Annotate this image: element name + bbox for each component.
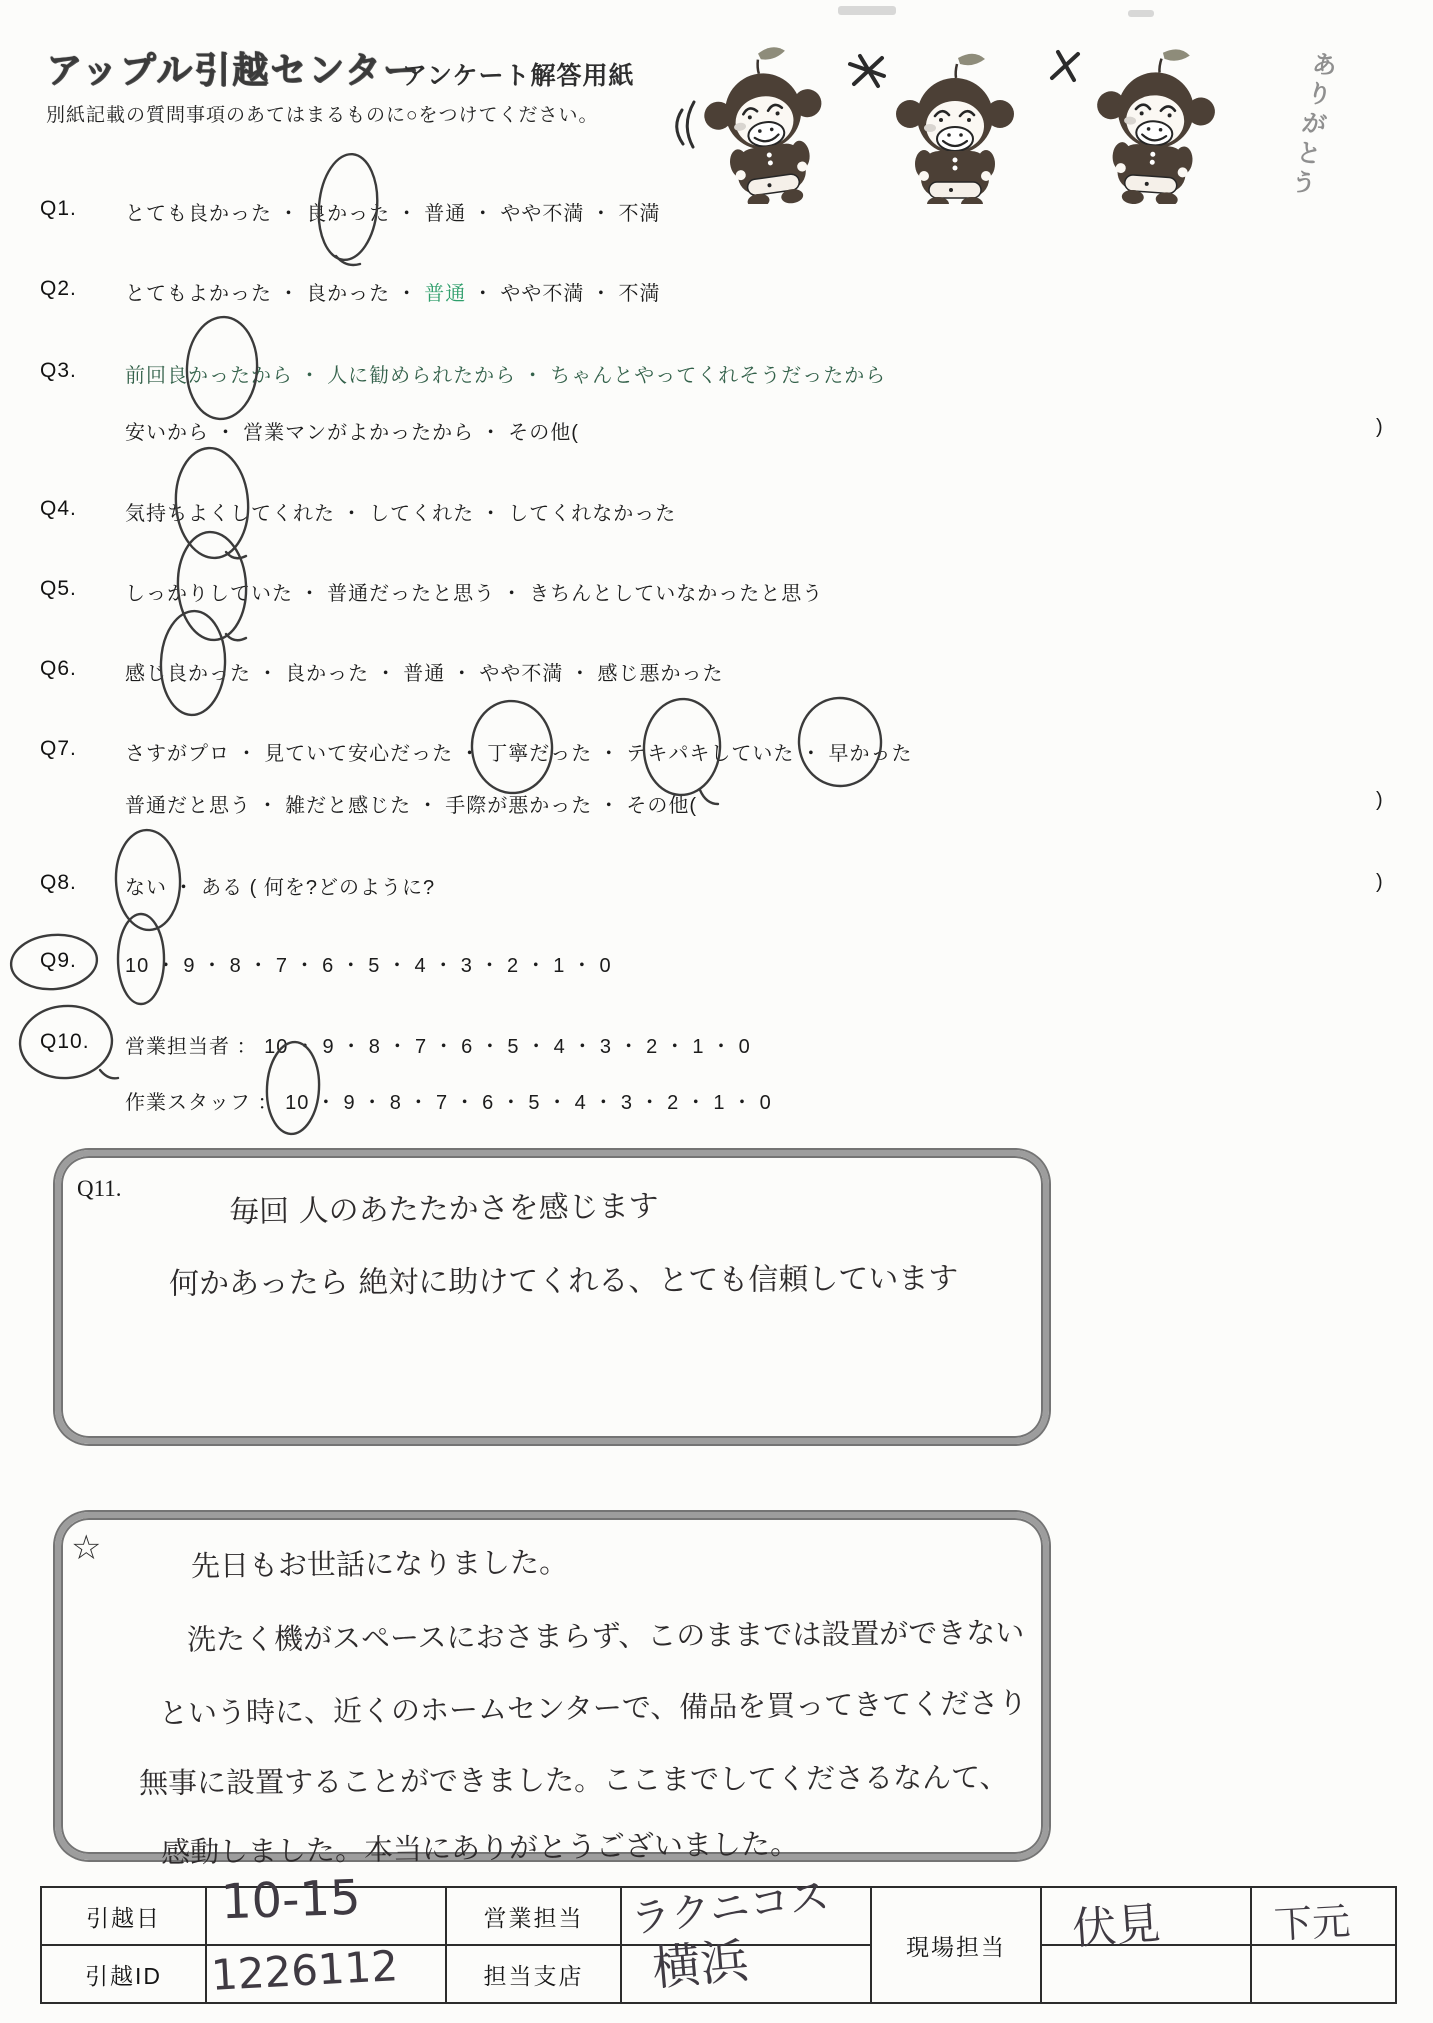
q4-options: 気持ちよくしてくれた ・ してくれた ・ してくれなかった [125,497,676,526]
move-id-handwriting: 1226112 [210,1941,399,2000]
q11-handwriting-line1: 毎回 人のあたたかさを感じます [229,1181,659,1231]
sparkle-marks [850,56,884,86]
q11-box-label: Q11. [77,1176,122,1202]
q7-close-paren: ) [1376,789,1383,812]
scan-artifact [838,6,896,15]
survey-sheet: アップル引越センター アンケート解答用紙 別紙記載の質問事項のあてはまるものに○… [0,0,1433,2023]
q7-label: Q7. [40,737,77,761]
sales-rep-label: 営業担当 [446,1887,621,1945]
star-mark: ☆ [71,1528,101,1568]
move-date-cell: 10-15 [206,1887,446,1945]
star-handwriting-line5: 感動しました。本当にありがとうございました。 [161,1822,800,1872]
motion-lines [677,110,683,144]
star-handwriting-line3: という時に、近くのホームセンターで、備品を買ってきてくださり [159,1681,1028,1733]
move-info-table: 引越日 10-15 営業担当 ラクニコス 現場担当 伏見 下元 引越ID 122… [40,1886,1397,2004]
q6-options: 感じ良かった ・ 良かった ・ 普通 ・ やや不満 ・ 感じ悪かった [125,657,723,686]
q8-options: ない ・ ある ( 何を?どのように? [125,871,435,900]
q11-handwriting-line2: 何かあったら 絶対に助けてくれる、とても信頼しています [169,1253,959,1303]
thanks-vertical-text: ありがとう [1281,48,1343,202]
q2-options: とてもよかった ・ 良かった ・ 普通 ・ やや不満 ・ 不満 [125,277,660,306]
star-handwriting-line2: 洗たく機がスペースにおさまらず、このままでは設置ができない [187,1610,1025,1658]
move-id-label: 引越ID [41,1945,206,2003]
star-handwriting-line4: 無事に設置することができました。ここまでしてくださるなんて、 [139,1755,1009,1802]
branch-label: 担当支店 [446,1945,621,2003]
q2-options-post: ・ やや不満 ・ 不満 [466,283,660,305]
q1-options: とても良かった ・ 良かった ・ 普通 ・ やや不満 ・ 不満 [125,197,660,226]
q3-options-line2: 安いから ・ 営業マンがよかったから ・ その他( [125,416,579,445]
branch-handwriting: 横浜 [649,1922,751,1999]
table-row: 引越ID 1226112 担当支店 横浜 [41,1945,1396,2003]
sparkle-marks [1052,52,1078,80]
move-date-handwriting: 10-15 [220,1870,361,1931]
q5-label: Q5. [40,577,77,601]
q2-options-pre: とてもよかった ・ 良かった ・ [125,283,424,305]
move-date-label: 引越日 [41,1887,206,1945]
q6-label: Q6. [40,657,77,681]
site-rep-cell-1-empty [1041,1945,1251,2003]
q3-label: Q3. [40,359,77,383]
q2-label: Q2. [40,277,77,301]
site-rep-cell-2-empty [1251,1945,1396,2003]
site-rep-label: 現場担当 [871,1887,1041,2003]
q8-close-paren: ) [1376,871,1383,894]
q11-comment-box: Q11. 毎回 人のあたたかさを感じます 何かあったら 絶対に助けてくれる、とて… [55,1150,1049,1444]
scan-artifact [1128,10,1154,17]
q10-label: Q10. [40,1030,90,1054]
q3-close-paren: ) [1376,416,1383,439]
instruction-text: 別紙記載の質問事項のあてはまるものに○をつけてください。 [46,100,598,127]
q10-sales-scale: 営業担当者 ： 10 ・ 9 ・ 8 ・ 7 ・ 6 ・ 5 ・ 4 ・ 3 ・… [125,1030,751,1059]
site-rep2-handwriting: 下元 [1273,1890,1352,1949]
site-rep-cell-1: 伏見 [1041,1887,1251,1945]
star-handwriting-line1: 先日もお世話になりました。 [191,1540,568,1585]
q2-option-futsuu: 普通 [424,283,466,305]
q3-options-line1: 前回良かったから ・ 人に勧められたから ・ ちゃんとやってくれそうだったから [125,359,886,388]
sheet-title: アンケート解答用紙 [402,56,635,92]
q7-options-line2: 普通だと思う ・ 雑だと感じた ・ 手際が悪かった ・ その他( [125,789,697,818]
q5-options: しっかりしていた ・ 普通だったと思う ・ きちんとしていなかったと思う [125,577,823,606]
site-rep-cell-2: 下元 [1251,1887,1396,1945]
star-comment-box: ☆ 先日もお世話になりました。 洗たく機がスペースにおさまらず、このままでは設置… [55,1512,1049,1860]
q9-label: Q9. [40,949,77,973]
q8-label: Q8. [40,871,77,895]
q1-label: Q1. [40,197,77,221]
branch-cell: 横浜 [621,1945,871,2003]
mascot-monkeys-illustration [668,44,1283,204]
q9-scale: 10 ・ 9 ・ 8 ・ 7 ・ 6 ・ 5 ・ 4 ・ 3 ・ 2 ・ 1 ・… [125,949,612,978]
move-id-cell: 1226112 [206,1945,446,2003]
q7-options-line1: さすがプロ ・ 見ていて安心だった ・ 丁寧だった ・ テキパキしていた ・ 早… [125,737,912,766]
q4-label: Q4. [40,497,77,521]
q10-staff-scale: 作業スタッフ ： 10 ・ 9 ・ 8 ・ 7 ・ 6 ・ 5 ・ 4 ・ 3 … [125,1086,772,1115]
company-title: アップル引越センター [46,42,421,93]
